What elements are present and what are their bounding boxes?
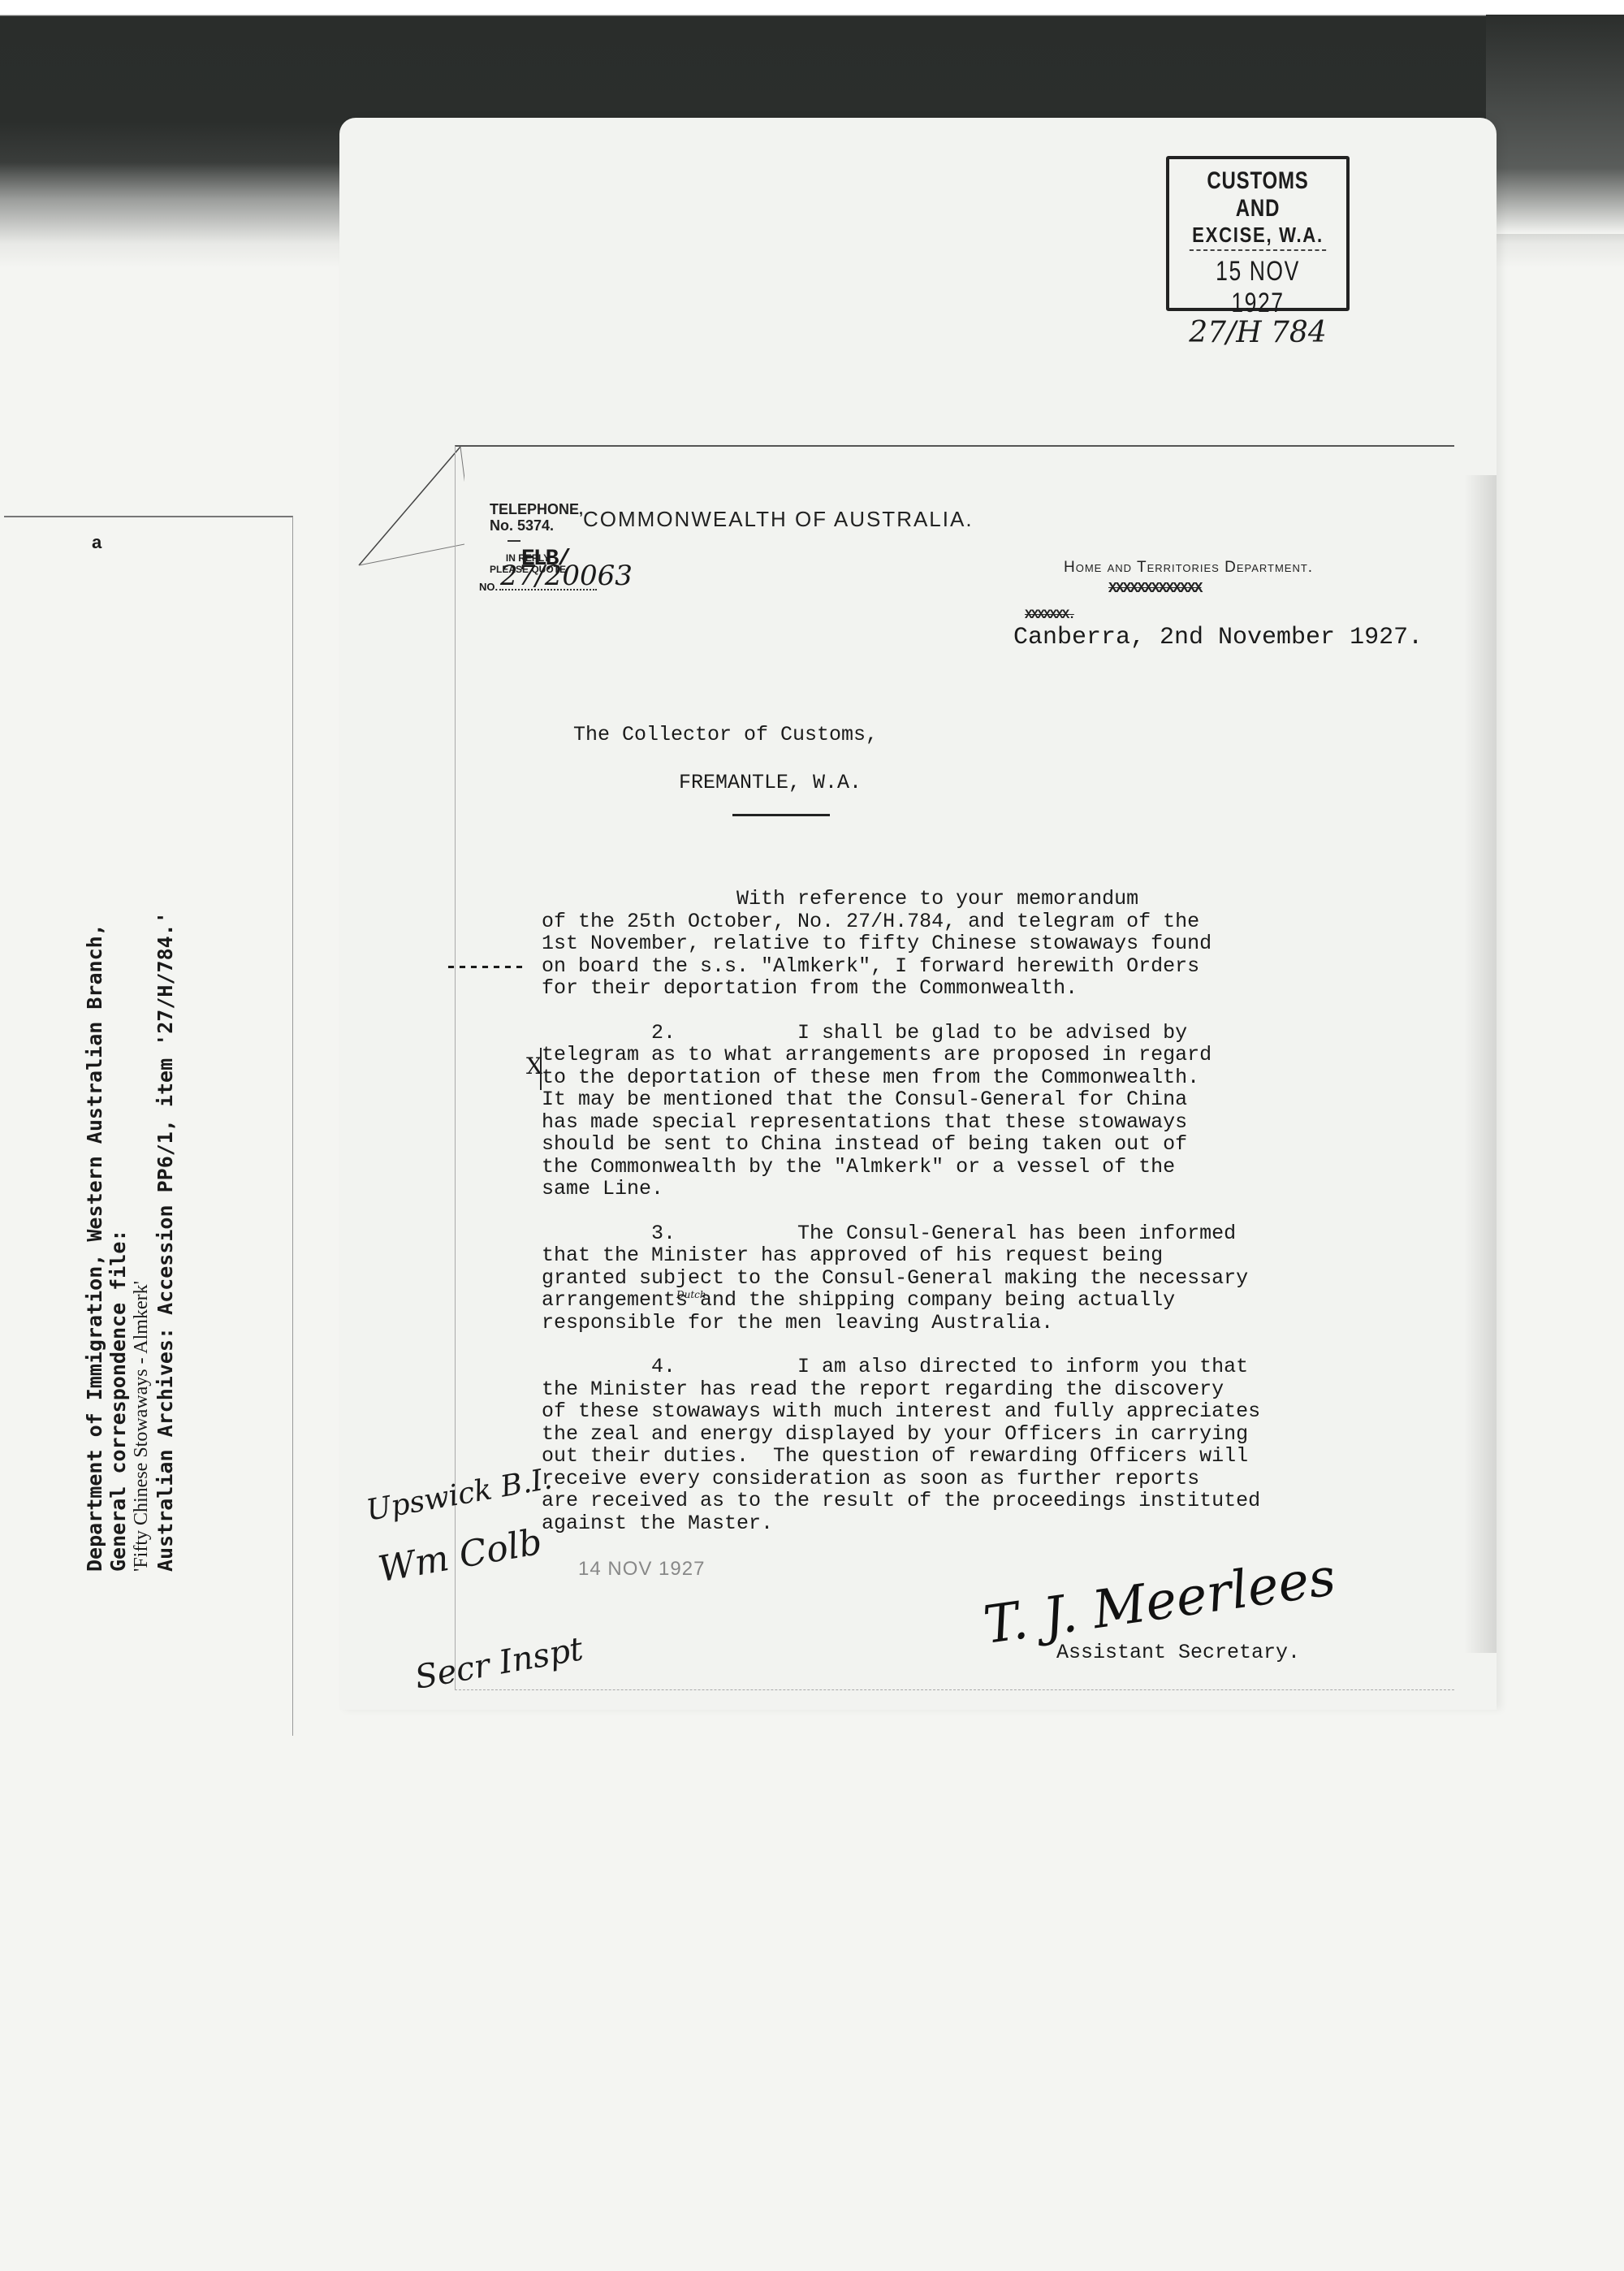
caption-line-accession: Australian Archives: Accession PP6/1, it…: [153, 841, 177, 1572]
addressee-title: The Collector of Customs,: [573, 723, 878, 746]
panel-mark: a: [92, 532, 101, 553]
struck-city: XXXXXXX.: [1025, 608, 1074, 622]
struck-address: XXXXXXXXXXXXX: [1108, 581, 1201, 597]
paragraph-1: With reference to your memorandum of the…: [542, 888, 1419, 1000]
caption-line-file: General correspondence file:: [106, 841, 130, 1572]
received-date-stamp: 14 NOV 1927: [578, 1558, 705, 1581]
caption-line-title: 'Fifty Chinese Stowaways - Almkerk': [130, 841, 153, 1572]
paragraph-2: 2. I shall be glad to be advised by tele…: [542, 1022, 1419, 1200]
no-label: NO.: [479, 581, 498, 593]
caption-line-department: Department of Immigration, Western Austr…: [83, 841, 106, 1572]
margin-dashes: -------: [445, 955, 525, 979]
stamp-file-ref: 27/H 784: [1169, 316, 1346, 349]
sheet-edge-shadow: [1464, 475, 1497, 1653]
reference-number: NO. ELB/ 27/20063: [479, 581, 597, 593]
letter-date: Canberra, 2nd November 1927.: [1013, 624, 1423, 651]
telephone-block: TELEPHONE, No. 5374.: [490, 501, 583, 542]
paragraph-3: 3. The Consul-General has been informed …: [542, 1222, 1419, 1334]
telephone-label: TELEPHONE,: [490, 501, 583, 517]
stamp-line-2: EXCISE, W.A.: [1190, 223, 1326, 251]
department-name: Home and Territories Department.: [1064, 559, 1313, 577]
telephone-number: No. 5374.: [490, 517, 583, 534]
stamp-line-1: CUSTOMS AND: [1187, 167, 1328, 223]
addressee-rule: [732, 814, 830, 816]
addressee-city: FREMANTLE, W.A.: [679, 771, 878, 794]
stamp-date: 15 NOV 1927: [1189, 256, 1327, 319]
customs-received-stamp: CUSTOMS AND EXCISE, W.A. 15 NOV 1927 27/…: [1166, 156, 1350, 311]
paragraph-4: 4. I am also directed to inform you that…: [542, 1356, 1419, 1534]
letter-body: With reference to your memorandum of the…: [542, 888, 1419, 1556]
addressee-block: The Collector of Customs, FREMANTLE, W.A…: [573, 723, 878, 816]
archive-caption: Department of Immigration, Western Austr…: [83, 841, 177, 1572]
signatory-title: Assistant Secretary.: [1056, 1641, 1300, 1664]
ref-handwritten: 27/20063: [500, 560, 633, 592]
divider: [508, 540, 520, 542]
folded-corner-icon: [351, 445, 464, 567]
letterhead-title: COMMONWEALTH OF AUSTRALIA.: [583, 507, 974, 532]
